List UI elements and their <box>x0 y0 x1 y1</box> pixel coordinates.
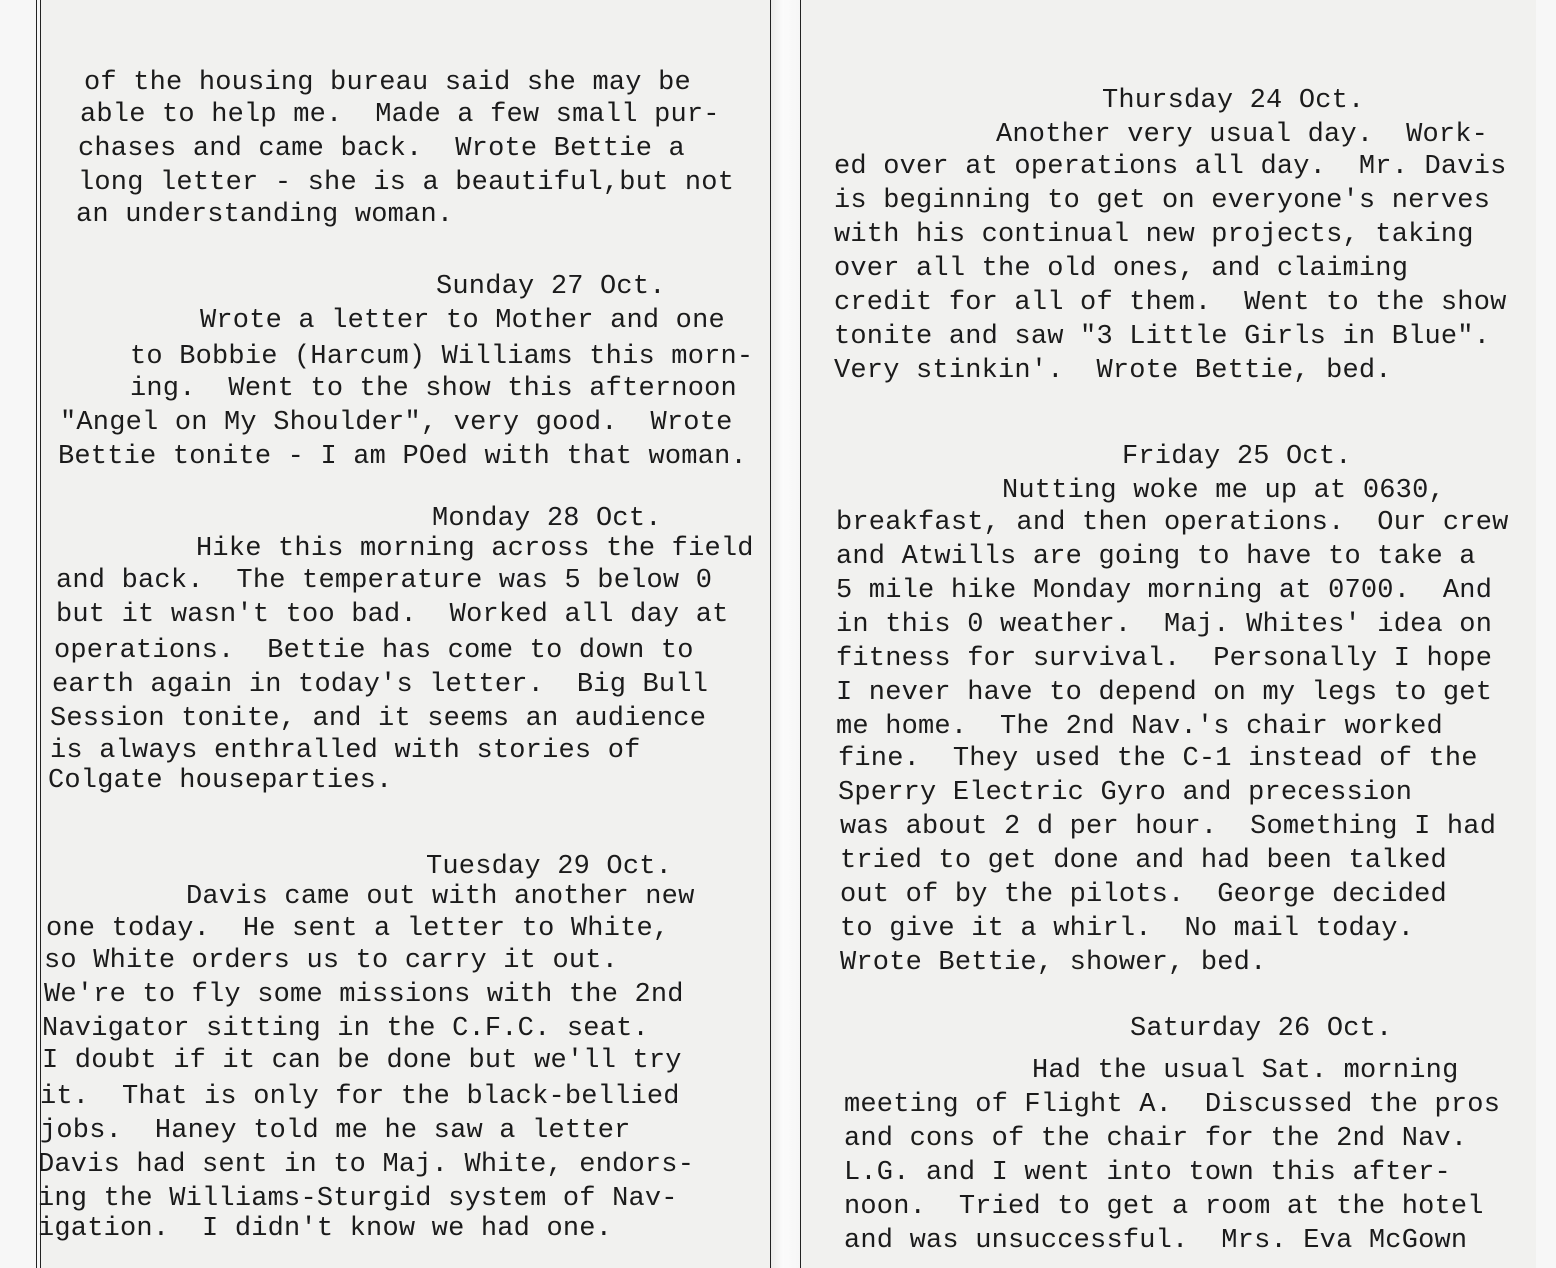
text-line: Bettie tonite - I am POed with that woma… <box>58 442 747 472</box>
text-line: fitness for survival. Personally I hope <box>836 644 1492 674</box>
text-line: I doubt if it can be done but we'll try <box>42 1046 682 1076</box>
text-line: Another very usual day. Work- <box>996 120 1488 150</box>
page-gutter <box>770 0 802 1268</box>
text-line: in this 0 weather. Maj. Whites' idea on <box>836 610 1492 640</box>
entry-date: Friday 25 Oct. <box>1122 442 1352 472</box>
text-line: and Atwills are going to have to take a <box>836 542 1476 572</box>
text-line: and was unsuccessful. Mrs. Eva McGown <box>844 1226 1467 1256</box>
text-line: earth again in today's letter. Big Bull <box>52 670 708 700</box>
text-line: of the housing bureau said she may be <box>84 68 691 98</box>
text-line: over all the old ones, and claiming <box>834 254 1408 284</box>
text-line: me home. The 2nd Nav.'s chair worked <box>836 712 1443 742</box>
text-line: credit for all of them. Went to the show <box>834 288 1507 318</box>
entry-date: Sunday 27 Oct. <box>436 272 666 302</box>
text-line: Session tonite, and it seems an audience <box>50 704 706 734</box>
text-line: "Angel on My Shoulder", very good. Wrote <box>60 408 733 438</box>
text-line: is beginning to get on everyone's nerves <box>834 186 1490 216</box>
text-line: Hike this morning across the field <box>196 534 754 564</box>
text-line: Davis had sent in to Maj. White, endors- <box>38 1150 694 1180</box>
text-line: Nutting woke me up at 0630, <box>1002 476 1445 506</box>
text-line: chases and came back. Wrote Bettie a <box>78 134 685 164</box>
text-line: so White orders us to carry it out. <box>44 946 618 976</box>
text-line: operations. Bettie has come to down to <box>54 636 694 666</box>
text-line: Had the usual Sat. morning <box>1032 1056 1458 1086</box>
text-line: 5 mile hike Monday morning at 0700. And <box>836 576 1492 606</box>
text-line: one today. He sent a letter to White, <box>46 914 669 944</box>
text-line: it. That is only for the black-bellied <box>40 1082 680 1112</box>
text-line: able to help me. Made a few small pur- <box>80 100 720 130</box>
left-page-edge <box>36 0 37 1268</box>
text-line: was about 2 d per hour. Something I had <box>840 812 1496 842</box>
text-line: long letter - she is a beautiful,but not <box>78 168 734 198</box>
text-line: ed over at operations all day. Mr. Davis <box>834 152 1507 182</box>
text-line: jobs. Haney told me he saw a letter <box>40 1116 631 1146</box>
text-line: ing the Williams-Sturgid system of Nav- <box>38 1184 678 1214</box>
text-line: noon. Tried to get a room at the hotel <box>844 1192 1484 1222</box>
text-line: an understanding woman. <box>76 200 453 230</box>
text-line: Very stinkin'. Wrote Bettie, bed. <box>834 356 1392 386</box>
text-line: I never have to depend on my legs to get <box>836 678 1492 708</box>
entry-date: Thursday 24 Oct. <box>1102 86 1364 116</box>
text-line: breakfast, and then operations. Our crew <box>836 508 1509 538</box>
entry-date: Monday 28 Oct. <box>432 504 662 534</box>
text-line: and back. The temperature was 5 below 0 <box>56 566 712 596</box>
text-line: but it wasn't too bad. Worked all day at <box>56 600 729 630</box>
text-line: Colgate houseparties. <box>48 766 392 796</box>
text-line: tonite and saw "3 Little Girls in Blue". <box>834 322 1490 352</box>
text-line: is always enthralled with stories of <box>50 736 641 766</box>
text-line: with his continual new projects, taking <box>834 220 1474 250</box>
text-line: Wrote Bettie, shower, bed. <box>840 948 1266 978</box>
text-line: out of by the pilots. George decided <box>840 880 1447 910</box>
scan-margin-right <box>1536 0 1556 1268</box>
text-line: Sperry Electric Gyro and precession <box>838 778 1412 808</box>
text-line: fine. They used the C-1 instead of the <box>838 744 1478 774</box>
entry-date: Saturday 26 Oct. <box>1130 1014 1392 1044</box>
text-line: L.G. and I went into town this after- <box>844 1158 1451 1188</box>
text-line: and cons of the chair for the 2nd Nav. <box>844 1124 1467 1154</box>
entry-date: Tuesday 29 Oct. <box>426 852 672 882</box>
text-line: tried to get done and had been talked <box>840 846 1447 876</box>
text-line: We're to fly some missions with the 2nd <box>44 980 684 1010</box>
text-line: ing. Went to the show this afternoon <box>130 374 737 404</box>
scan-margin-left <box>0 0 40 1268</box>
text-line: Wrote a letter to Mother and one <box>200 306 725 336</box>
text-line: meeting of Flight A. Discussed the pros <box>844 1090 1500 1120</box>
text-line: to Bobbie (Harcum) Williams this morn- <box>130 342 753 372</box>
text-line: to give it a whirl. No mail today. <box>840 914 1414 944</box>
text-line: Davis came out with another new <box>186 882 694 912</box>
text-line: Navigator sitting in the C.F.C. seat. <box>42 1014 649 1044</box>
text-line: igation. I didn't know we had one. <box>38 1214 612 1244</box>
